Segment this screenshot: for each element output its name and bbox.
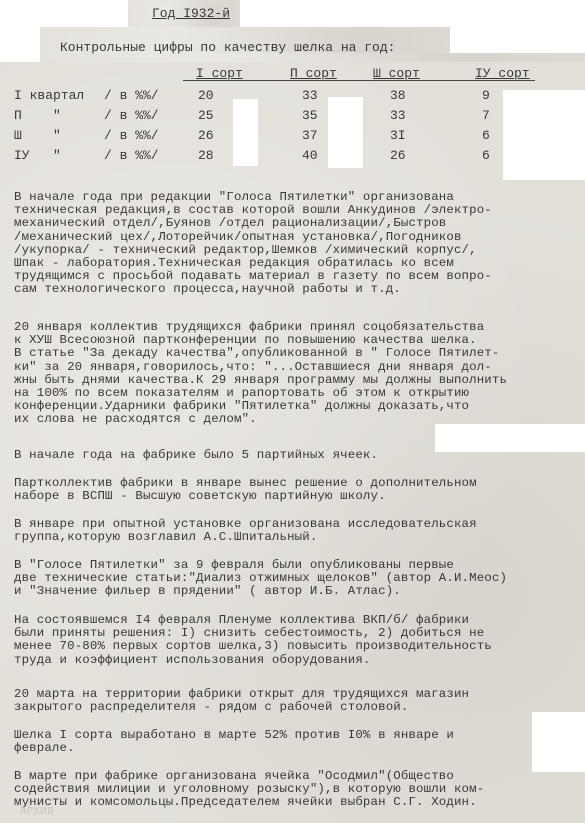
text-line: закрытого распределителя - рядом с рабоч… bbox=[14, 701, 408, 714]
row-unit: / в %%/ bbox=[104, 148, 159, 163]
table-cell: 26 bbox=[390, 148, 406, 163]
row-unit: / в %%/ bbox=[104, 88, 159, 103]
column-header-grade-1: I сорт bbox=[196, 66, 243, 81]
text-line: В январе при опытной установке организов… bbox=[14, 518, 477, 531]
text-line: /механический цех/,Лоторейчик/опытная ус… bbox=[14, 231, 462, 244]
text-line: менее 70-80% первых сортов шелка,3) повы… bbox=[14, 640, 492, 653]
table-cell: 9 bbox=[482, 88, 490, 103]
text-line: группа,которую возглавил А.С.Шпитальный. bbox=[14, 531, 317, 544]
text-line: к ХУШ Всесоюзной партконференции по повы… bbox=[14, 334, 477, 347]
document-title: Год I932-й bbox=[152, 6, 230, 21]
gap-mid-right bbox=[435, 424, 585, 452]
text-line: В марте при фабрике организована ячейка … bbox=[14, 770, 454, 783]
column-header-grade-3: Ш сорт bbox=[373, 66, 420, 81]
table-cell: 28 bbox=[198, 148, 214, 163]
table-cell: 33 bbox=[302, 88, 318, 103]
table-cell: 25 bbox=[198, 108, 214, 123]
archive-watermark: АРХИВ bbox=[20, 806, 54, 817]
table-cell: 3I bbox=[390, 128, 406, 143]
text-line: содействия милиции и уголовному розыску"… bbox=[14, 783, 484, 796]
text-line: 20 марта на территории фабрики открыт дл… bbox=[14, 688, 469, 701]
text-line: В статье "За декаду качества",опубликова… bbox=[14, 347, 499, 360]
row-label: П " bbox=[14, 108, 61, 123]
text-line: 20 января коллектив трудящихся фабрики п… bbox=[14, 321, 484, 334]
gap-bottom-right bbox=[532, 712, 585, 772]
table-cell: 20 bbox=[198, 88, 214, 103]
text-line: В "Голосе Пятилетки" за 9 февраля были о… bbox=[14, 559, 454, 572]
column-header-grade-4: IУ сорт bbox=[475, 66, 530, 81]
text-line: механический отдел/,Буянов /отдел рацион… bbox=[14, 217, 446, 230]
row-label: IУ " bbox=[14, 148, 61, 163]
text-line: и "Значение фильер в прядении" ( автор И… bbox=[14, 585, 401, 598]
text-line: /укупорка/ - технический редактор,Шемков… bbox=[14, 244, 477, 257]
column-header-grade-2: П сорт bbox=[290, 66, 337, 81]
text-line: наборе в ВСПШ - Высшую советскую партийн… bbox=[14, 490, 386, 503]
text-line: мунисты и комсомольцы.Председателем ячей… bbox=[14, 796, 477, 809]
text-line: На состоявшемся I4 февраля Пленуме колле… bbox=[14, 614, 469, 627]
gap-table-col1 bbox=[233, 99, 258, 166]
text-line: Шпак - лаборатория.Техническая редакция … bbox=[14, 257, 454, 270]
text-line: на 100% по всем показателям и рапортоват… bbox=[14, 387, 469, 400]
text-line: В начале года при редакции "Голоса Пятил… bbox=[14, 191, 454, 204]
text-line: В начале года на фабрике было 5 партийны… bbox=[14, 449, 378, 462]
text-line: ки" за 20 января,говорилось,что: "...Ост… bbox=[14, 361, 492, 374]
table-cell: 33 bbox=[390, 108, 406, 123]
gap-table-right bbox=[503, 90, 585, 180]
text-line: Партколлектив фабрики в январе вынес реш… bbox=[14, 477, 477, 490]
text-line: трудящимся с просьбой подавать материал … bbox=[14, 270, 492, 283]
text-line: сам технологического процесса,научной ра… bbox=[14, 283, 401, 296]
text-line: их слова не расходятся с делом". bbox=[14, 413, 257, 426]
gap-table-col2 bbox=[328, 97, 363, 168]
table-caption: Контрольные цифры по качеству шелка на г… bbox=[60, 40, 395, 55]
text-line: были приняты решения: I) снизить себесто… bbox=[14, 627, 484, 640]
table-cell: 6 bbox=[482, 128, 490, 143]
row-unit: / в %%/ bbox=[104, 108, 159, 123]
text-line: жны быть днями качества.К 29 января прог… bbox=[14, 374, 507, 387]
text-line: феврале. bbox=[14, 742, 75, 755]
table-cell: 35 bbox=[302, 108, 318, 123]
table-cell: 40 bbox=[302, 148, 318, 163]
table-cell: 26 bbox=[198, 128, 214, 143]
text-line: конференции.Ударники фабрики "Пятилетка"… bbox=[14, 400, 469, 413]
table-cell: 38 bbox=[390, 88, 406, 103]
text-line: техническая редакция,в состав которой во… bbox=[14, 204, 492, 217]
text-line: труда и коэффициент использования оборуд… bbox=[14, 654, 371, 667]
row-unit: / в %%/ bbox=[104, 128, 159, 143]
text-line: две технические статьи:"Диализ отжимных … bbox=[14, 572, 507, 585]
row-label: Ш " bbox=[14, 128, 61, 143]
table-cell: 37 bbox=[302, 128, 318, 143]
text-line: Шелка I сорта выработано в марте 52% про… bbox=[14, 729, 454, 742]
row-label: I квартал bbox=[14, 88, 84, 103]
table-cell: 6 bbox=[482, 148, 490, 163]
table-cell: 7 bbox=[482, 108, 490, 123]
header-underline bbox=[183, 80, 535, 81]
